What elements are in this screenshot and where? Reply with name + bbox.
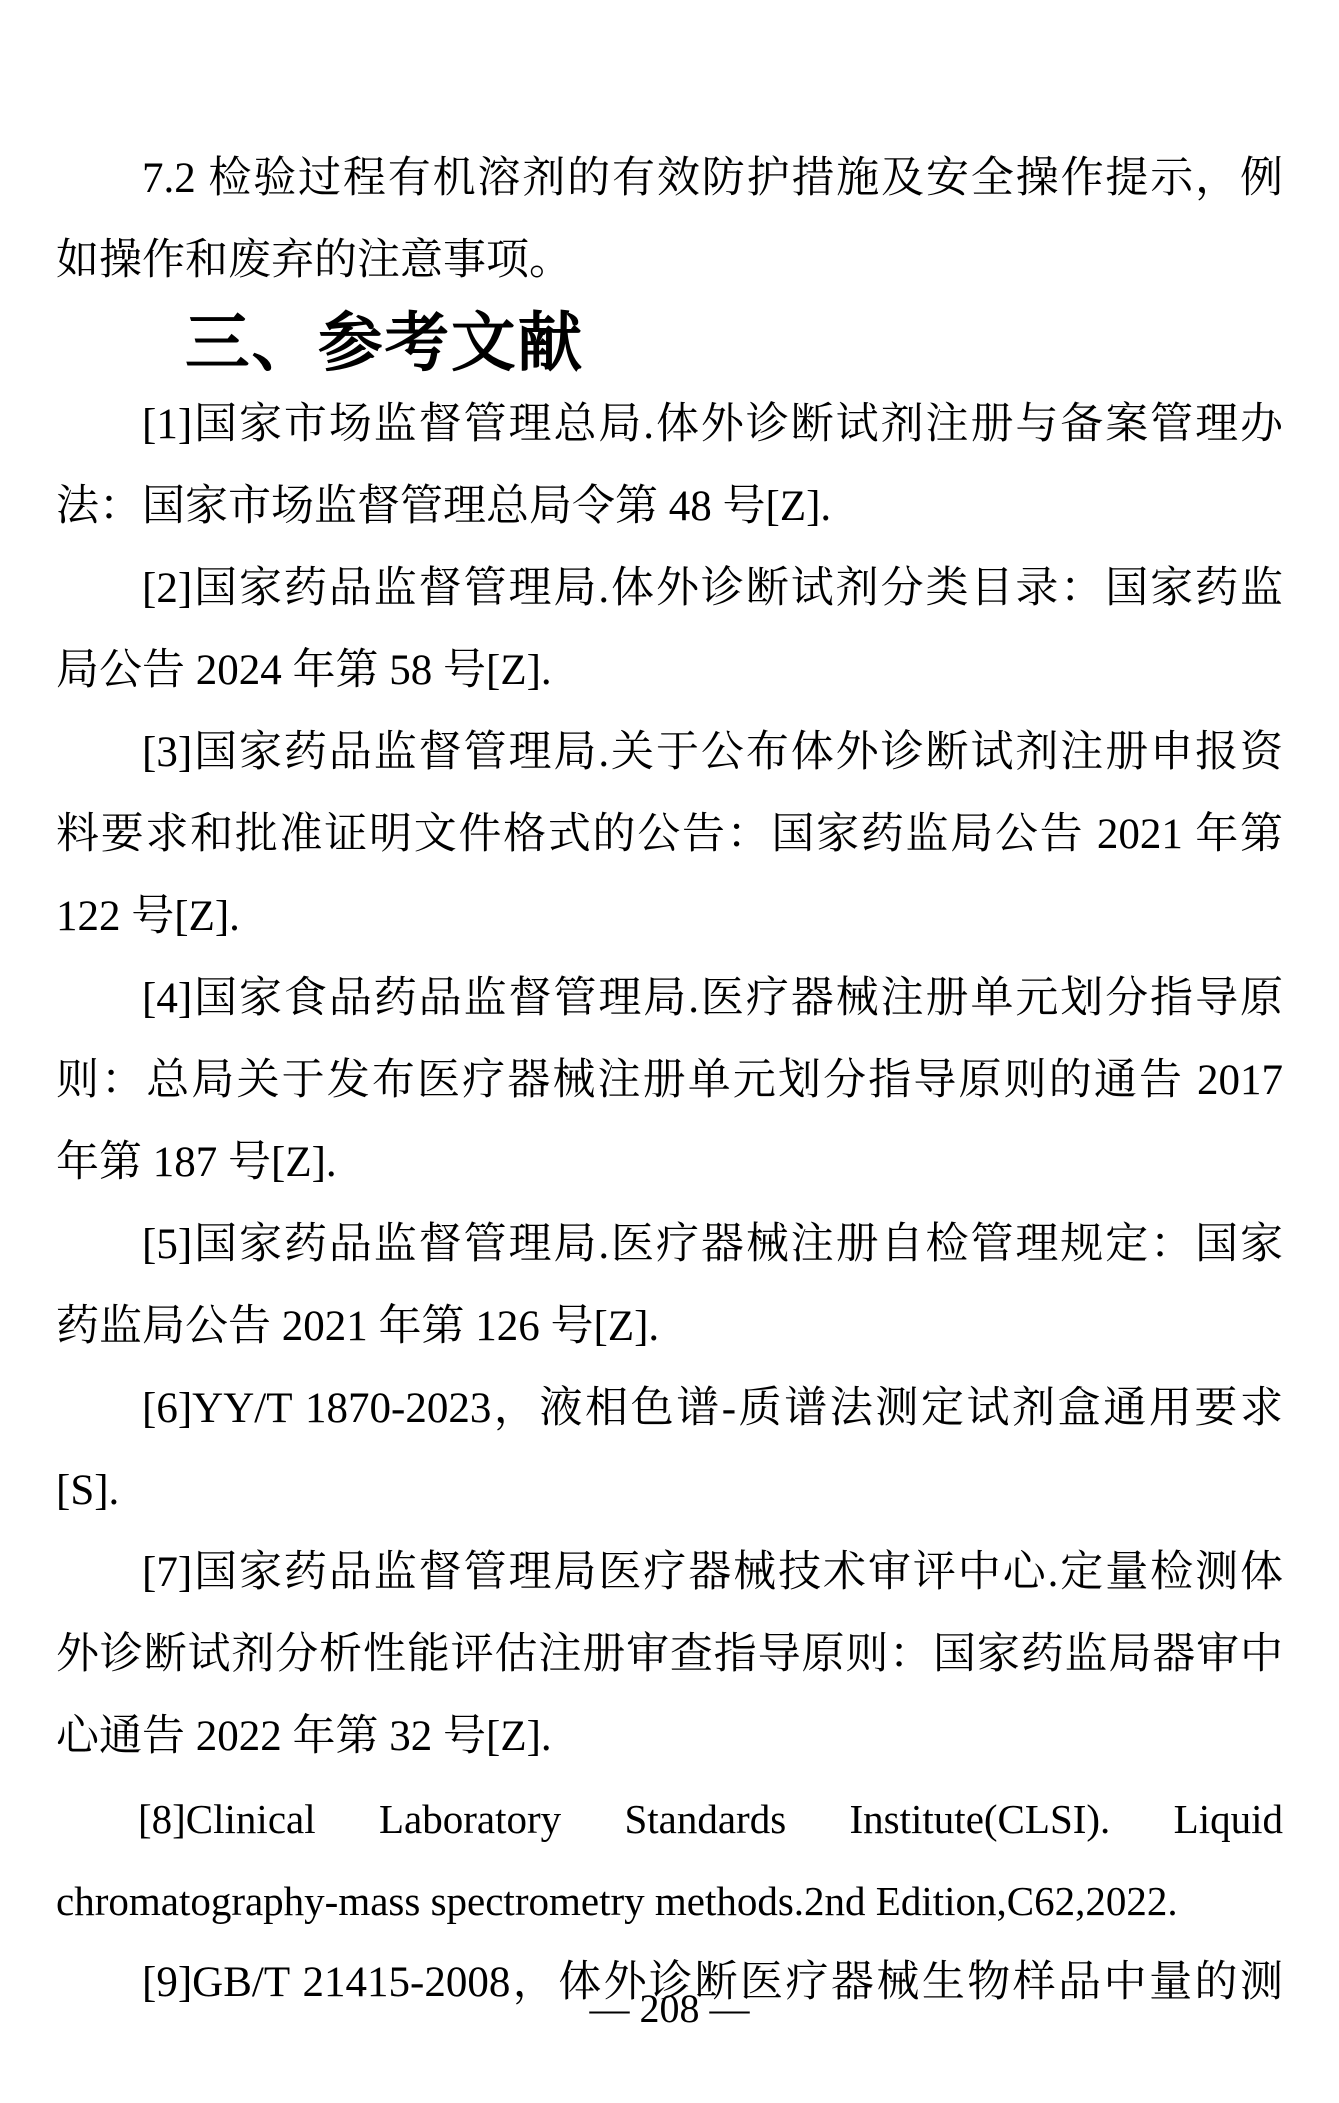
text-line: 外诊断试剂分析性能评估注册审查指导原则：国家药监局器审中: [56, 1614, 1283, 1696]
text-line: 如操作和废弃的注意事项。: [56, 220, 1283, 302]
text-line: 料要求和批准证明文件格式的公告：国家药监局公告 2021 年第: [56, 794, 1283, 876]
reference-8: [8]Clinical Laboratory Standards Institu…: [56, 1778, 1283, 1942]
text-line: 法：国家市场监督管理总局令第 48 号[Z].: [56, 466, 1283, 548]
reference-3: [3]国家药品监督管理局.关于公布体外诊断试剂注册申报资 料要求和批准证明文件格…: [56, 712, 1283, 958]
text-line: [6]YY/T 1870-2023，液相色谱-质谱法测定试剂盒通用要求[S].: [56, 1368, 1283, 1532]
heading-text: 三、参考文献: [56, 302, 1283, 384]
text-line: [1]国家市场监督管理总局.体外诊断试剂注册与备案管理办: [56, 384, 1283, 466]
text-line: 则：总局关于发布医疗器械注册单元划分指导原则的通告 2017: [56, 1040, 1283, 1122]
text-line: 心通告 2022 年第 32 号[Z].: [56, 1696, 1283, 1778]
reference-5: [5]国家药品监督管理局.医疗器械注册自检管理规定：国家 药监局公告 2021 …: [56, 1204, 1283, 1368]
text-line: 122 号[Z].: [56, 876, 1283, 958]
reference-7: [7]国家药品监督管理局医疗器械技术审评中心.定量检测体 外诊断试剂分析性能评估…: [56, 1532, 1283, 1778]
reference-4: [4]国家食品药品监督管理局.医疗器械注册单元划分指导原 则：总局关于发布医疗器…: [56, 958, 1283, 1204]
document-page: 7.2 检验过程有机溶剂的有效防护措施及安全操作提示，例 如操作和废弃的注意事项…: [0, 0, 1339, 2103]
page-number: — 208 —: [590, 1986, 750, 2031]
reference-6: [6]YY/T 1870-2023，液相色谱-质谱法测定试剂盒通用要求[S].: [56, 1368, 1283, 1532]
text-line: 年第 187 号[Z].: [56, 1122, 1283, 1204]
text-line: [5]国家药品监督管理局.医疗器械注册自检管理规定：国家: [56, 1204, 1283, 1286]
text-line: 局公告 2024 年第 58 号[Z].: [56, 630, 1283, 712]
text-line: 药监局公告 2021 年第 126 号[Z].: [56, 1286, 1283, 1368]
text-line: chromatography-mass spectrometry methods…: [56, 1860, 1283, 1942]
text-line: [3]国家药品监督管理局.关于公布体外诊断试剂注册申报资: [56, 712, 1283, 794]
page-content: 7.2 检验过程有机溶剂的有效防护措施及安全操作提示，例 如操作和废弃的注意事项…: [56, 0, 1283, 2024]
references-heading: 三、参考文献: [56, 302, 1283, 384]
page-footer: — 208 —: [0, 1988, 1339, 2030]
reference-1: [1]国家市场监督管理总局.体外诊断试剂注册与备案管理办 法：国家市场监督管理总…: [56, 384, 1283, 548]
text-line: 7.2 检验过程有机溶剂的有效防护措施及安全操作提示，例: [56, 138, 1283, 220]
text-line: [8]Clinical Laboratory Standards Institu…: [56, 1778, 1283, 1860]
text-line: [7]国家药品监督管理局医疗器械技术审评中心.定量检测体: [56, 1532, 1283, 1614]
text-line: [4]国家食品药品监督管理局.医疗器械注册单元划分指导原: [56, 958, 1283, 1040]
text-line: [2]国家药品监督管理局.体外诊断试剂分类目录：国家药监: [56, 548, 1283, 630]
paragraph-7-2: 7.2 检验过程有机溶剂的有效防护措施及安全操作提示，例 如操作和废弃的注意事项…: [56, 138, 1283, 302]
reference-2: [2]国家药品监督管理局.体外诊断试剂分类目录：国家药监 局公告 2024 年第…: [56, 548, 1283, 712]
